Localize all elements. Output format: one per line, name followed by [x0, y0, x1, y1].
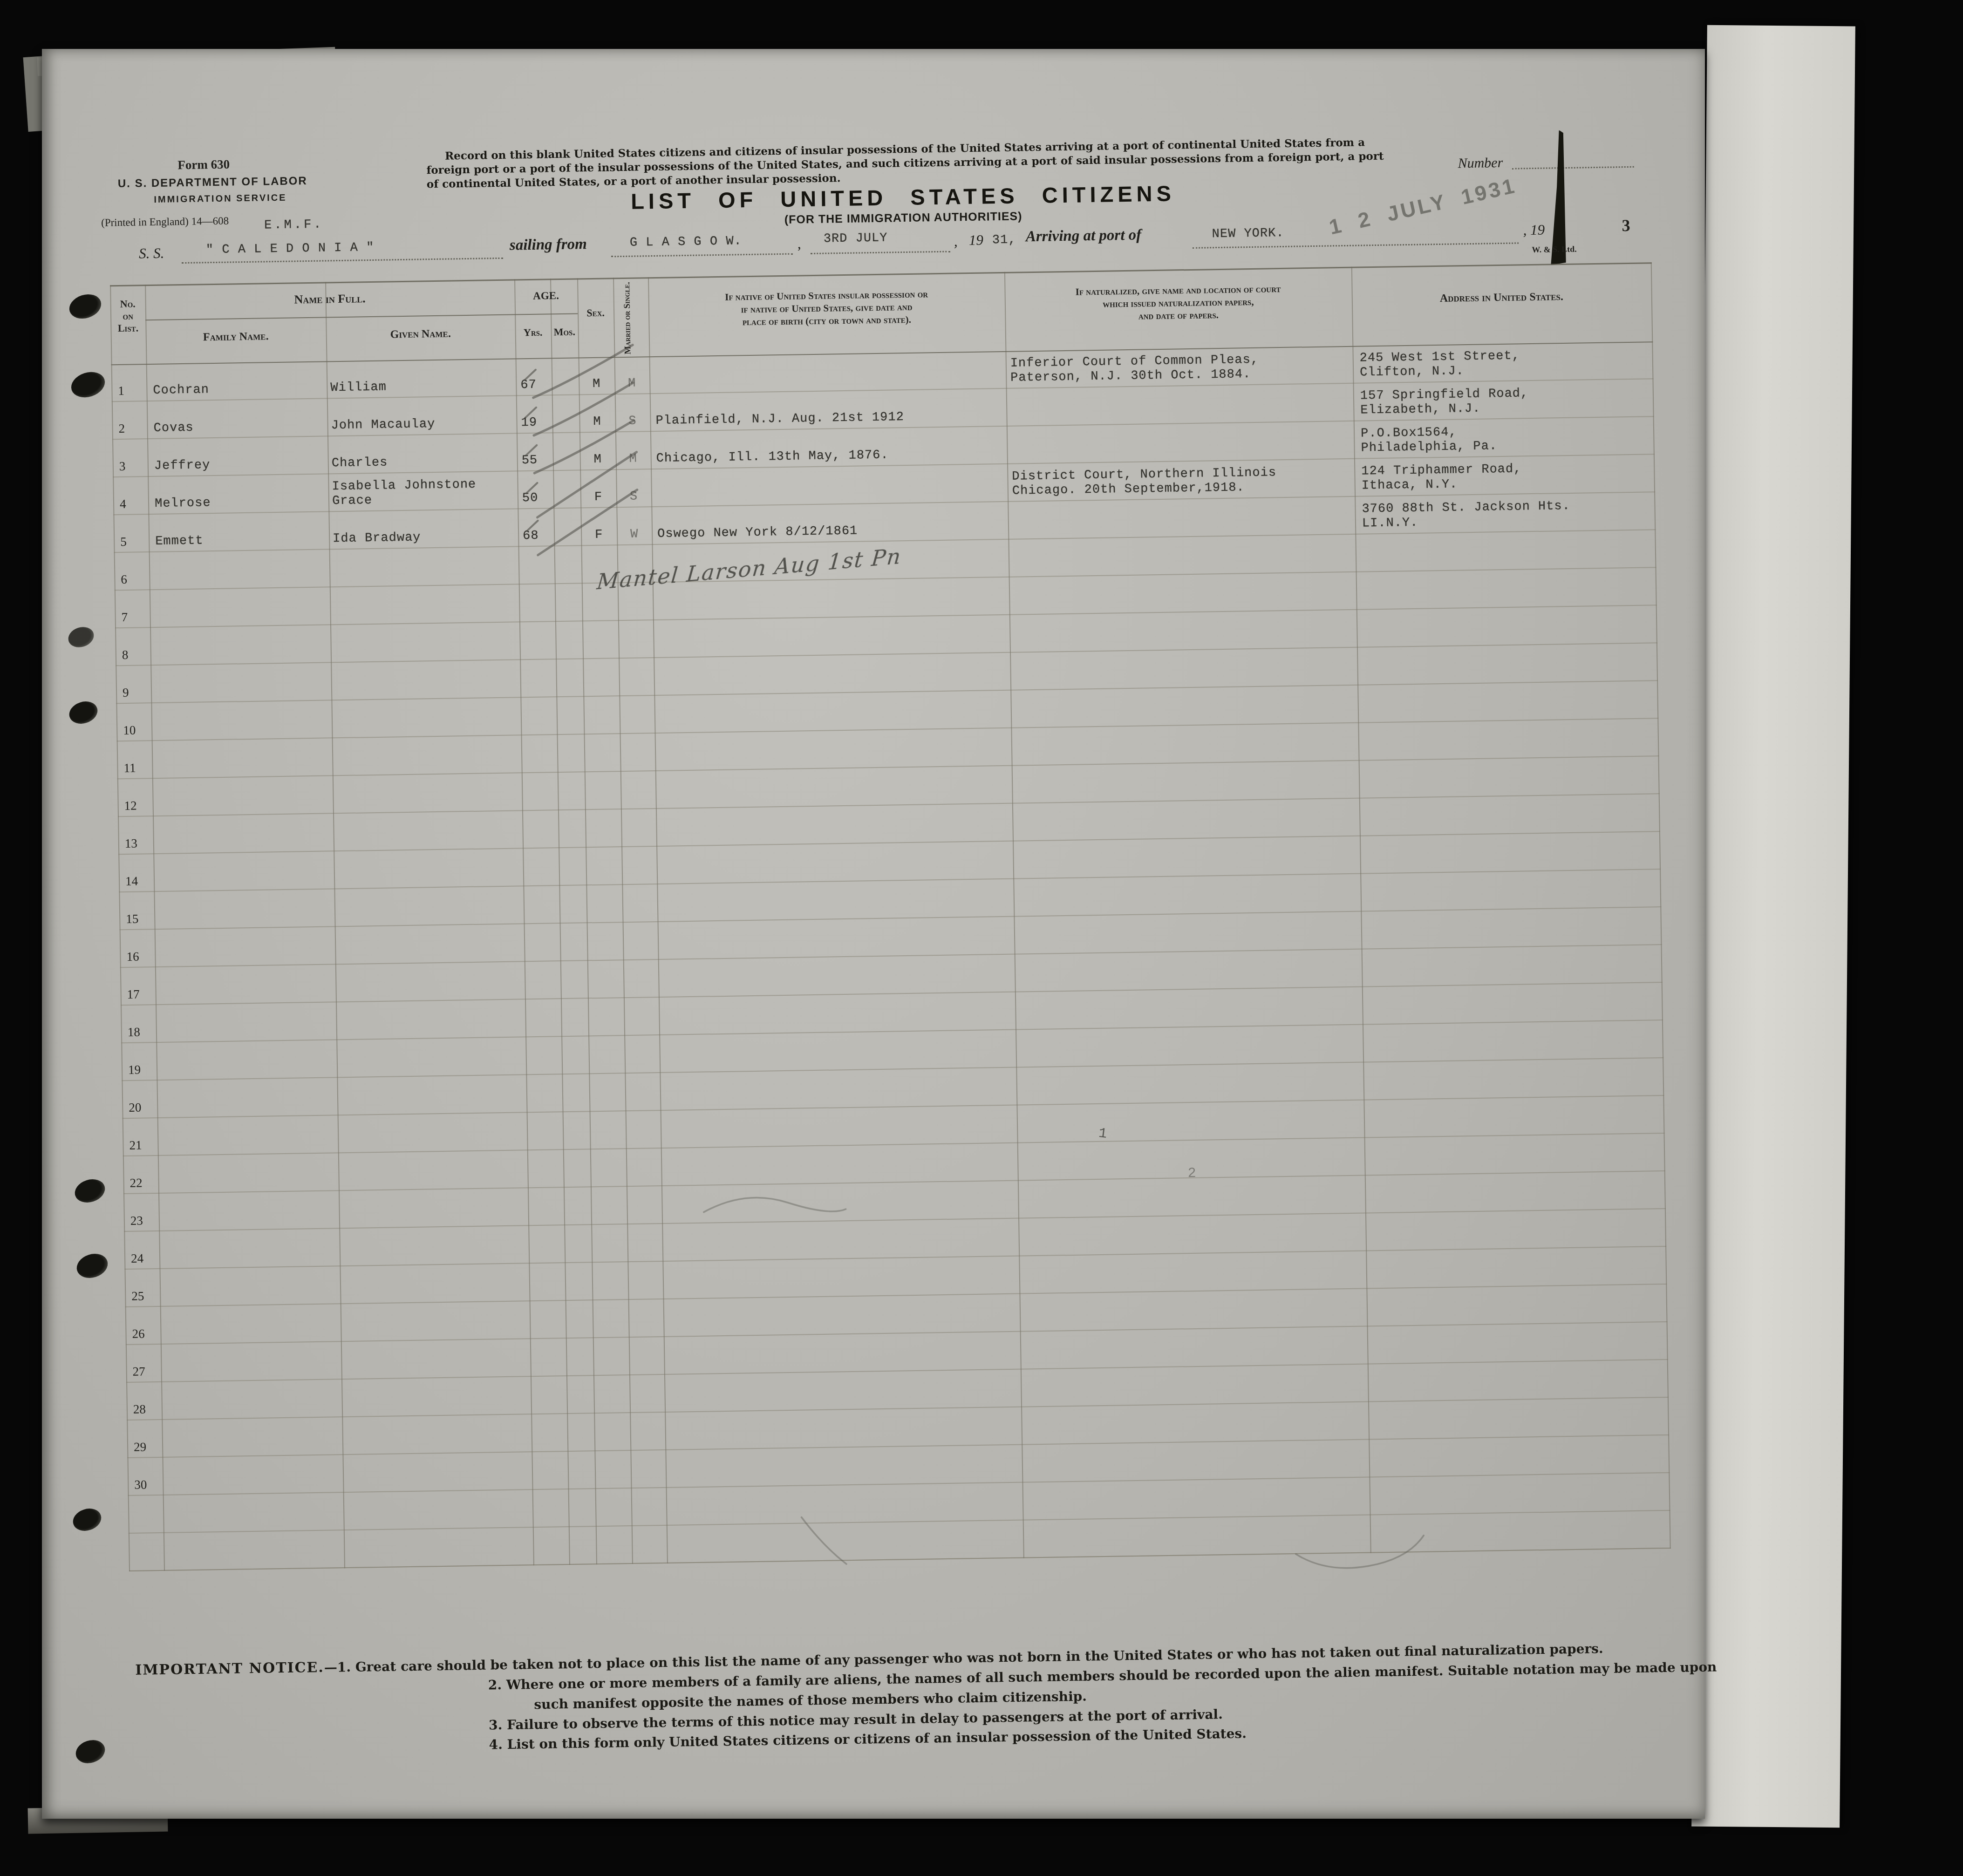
pencil-marks [39, 37, 1728, 1831]
manifest-sheet: Form 630 U. S. DEPARTMENT OF LABOR IMMIG… [42, 49, 1705, 1819]
scanned-manifest-page: Form 630 U. S. DEPARTMENT OF LABOR IMMIG… [0, 0, 1963, 1876]
notice-heading: IMPORTANT NOTICE. [135, 1659, 324, 1679]
form-content: Form 630 U. S. DEPARTMENT OF LABOR IMMIG… [39, 37, 1728, 1831]
stray-stamp-digit: 2 [1187, 1166, 1196, 1182]
